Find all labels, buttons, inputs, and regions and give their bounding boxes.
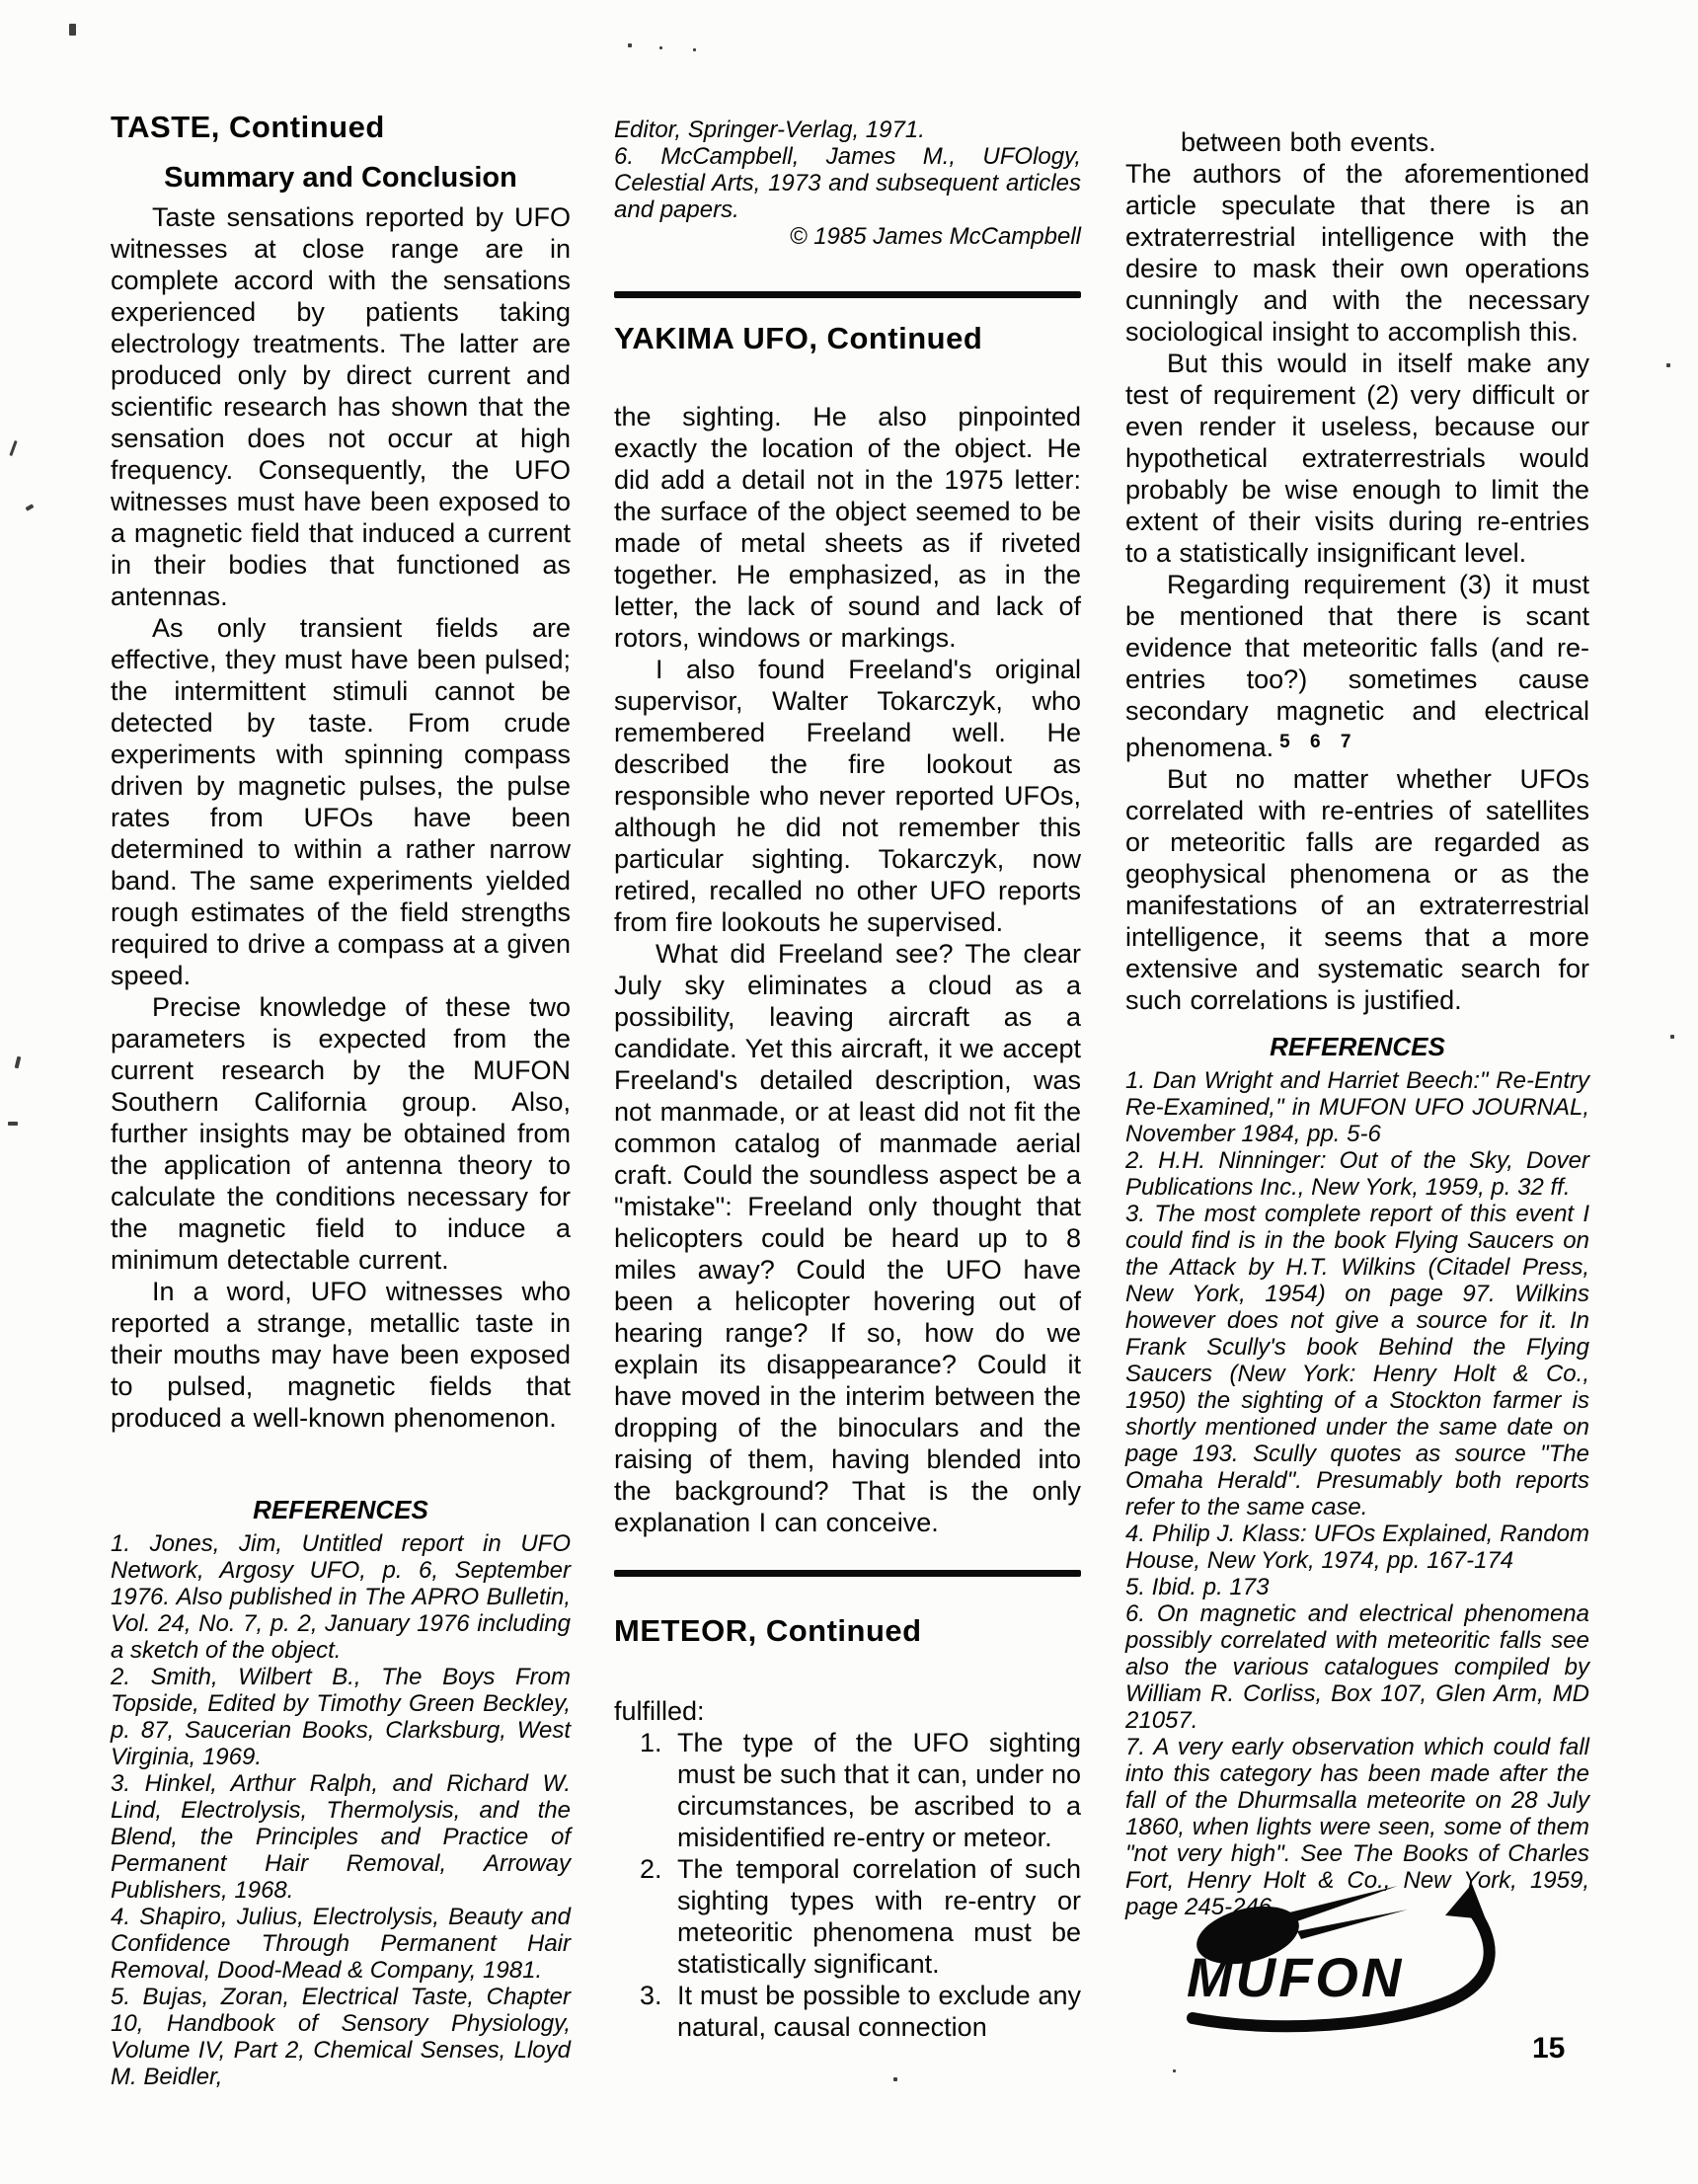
- reference-item: 2. H.H. Ninninger: Out of the Sky, Dover…: [1125, 1147, 1589, 1201]
- mufon-logo: MUFON: [1187, 1884, 1518, 2038]
- meteor-article-title: METEOR, Continued: [614, 1614, 1081, 1648]
- meteor-paragraph-text: Regarding requirement (3) it must be men…: [1125, 570, 1589, 762]
- scan-speck: [1666, 363, 1670, 367]
- reference-item: 3. The most complete report of this even…: [1125, 1201, 1589, 1521]
- reference-item: 5. Bujas, Zoran, Electrical Taste, Chapt…: [111, 1984, 571, 2090]
- taste-paragraph: In a word, UFO witnesses who reported a …: [111, 1276, 571, 1434]
- scan-speck: [1670, 1035, 1674, 1039]
- magazine-page: TASTE, Continued Summary and Conclusion …: [0, 0, 1698, 2184]
- mufon-logo-text: MUFON: [1187, 1946, 1404, 2008]
- reference-item: 1. Jones, Jim, Untitled report in UFO Ne…: [111, 1530, 571, 1664]
- copyright-line: © 1985 James McCampbell: [614, 223, 1081, 250]
- list-text: The type of the UFO sighting must be suc…: [677, 1727, 1081, 1853]
- continuation-line: between both events.: [1125, 126, 1589, 158]
- meteor-paragraph: The authors of the aforementioned articl…: [1125, 158, 1589, 348]
- meteor-list-item: 1. The type of the UFO sighting must be …: [614, 1727, 1081, 1853]
- reference-item: 6. On magnetic and electrical phenomena …: [1125, 1600, 1589, 1734]
- column-yakima-meteor: Editor, Springer-Verlag, 1971. 6. McCamp…: [614, 117, 1081, 2043]
- scan-speck: [8, 1122, 18, 1126]
- scan-speck: [9, 440, 17, 456]
- reference-item: 4. Philip J. Klass: UFOs Explained, Rand…: [1125, 1521, 1589, 1574]
- taste-subheading: Summary and Conclusion: [111, 162, 571, 194]
- column-meteor-continuation: between both events. The authors of the …: [1125, 126, 1589, 1920]
- carryover-reference: 6. McCampbell, James M., UFOlogy, Celest…: [614, 143, 1081, 223]
- taste-paragraph: Taste sensations reported by UFO witness…: [111, 201, 571, 612]
- taste-paragraph: Precise knowledge of these two parameter…: [111, 991, 571, 1276]
- list-number: 3.: [640, 1980, 677, 2043]
- list-text: It must be possible to exclude any natur…: [677, 1980, 1081, 2043]
- reference-item: 3. Hinkel, Arthur Ralph, and Richard W. …: [111, 1770, 571, 1904]
- scan-speck: [69, 24, 76, 36]
- taste-references-title: REFERENCES: [111, 1495, 571, 1524]
- carryover-reference: Editor, Springer-Verlag, 1971.: [614, 117, 1081, 143]
- list-text: The temporal correlation of such sightin…: [677, 1853, 1081, 1980]
- reference-item: 5. Ibid. p. 173: [1125, 1574, 1589, 1600]
- scan-speck: [893, 2077, 897, 2081]
- list-number: 2.: [640, 1853, 677, 1980]
- taste-paragraph: As only transient fields are effective, …: [111, 612, 571, 991]
- scan-speck: [15, 1056, 22, 1069]
- reference-item: 1. Dan Wright and Harriet Beech:" Re-Ent…: [1125, 1067, 1589, 1147]
- meteor-paragraph: But this would in itself make any test o…: [1125, 348, 1589, 569]
- yakima-paragraph: I also found Freeland's original supervi…: [614, 654, 1081, 938]
- page-number: 15: [1532, 2032, 1565, 2066]
- scan-speck: [693, 48, 696, 51]
- scan-speck: [628, 43, 632, 47]
- list-number: 1.: [640, 1727, 677, 1853]
- reference-item: 2. Smith, Wilbert B., The Boys From Tops…: [111, 1664, 571, 1770]
- taste-article-title: TASTE, Continued: [111, 111, 571, 144]
- column-taste-article: TASTE, Continued Summary and Conclusion …: [111, 111, 571, 2090]
- logo-arrowhead-icon: [1445, 1884, 1486, 1919]
- section-divider-rule: [614, 291, 1081, 298]
- meteor-list-item: 3. It must be possible to exclude any na…: [614, 1980, 1081, 2043]
- yakima-article-title: YAKIMA UFO, Continued: [614, 322, 1081, 355]
- yakima-paragraph: the sighting. He also pinpointed exactly…: [614, 401, 1081, 654]
- meteor-list-item: 2. The temporal correlation of such sigh…: [614, 1853, 1081, 1980]
- section-divider-rule: [614, 1570, 1081, 1577]
- scan-speck: [1173, 2069, 1176, 2072]
- footnote-superscripts: 5 6 7: [1273, 732, 1357, 752]
- meteor-paragraph: But no matter whether UFOs correlated wi…: [1125, 763, 1589, 1016]
- meteor-intro: fulfilled:: [614, 1695, 1081, 1727]
- yakima-paragraph: What did Freeland see? The clear July sk…: [614, 938, 1081, 1538]
- meteor-references-title: REFERENCES: [1125, 1032, 1589, 1061]
- reference-item: 4. Shapiro, Julius, Electrolysis, Beauty…: [111, 1904, 571, 1984]
- scan-speck: [26, 504, 35, 510]
- meteor-paragraph: Regarding requirement (3) it must be men…: [1125, 569, 1589, 763]
- scan-speck: [659, 46, 662, 49]
